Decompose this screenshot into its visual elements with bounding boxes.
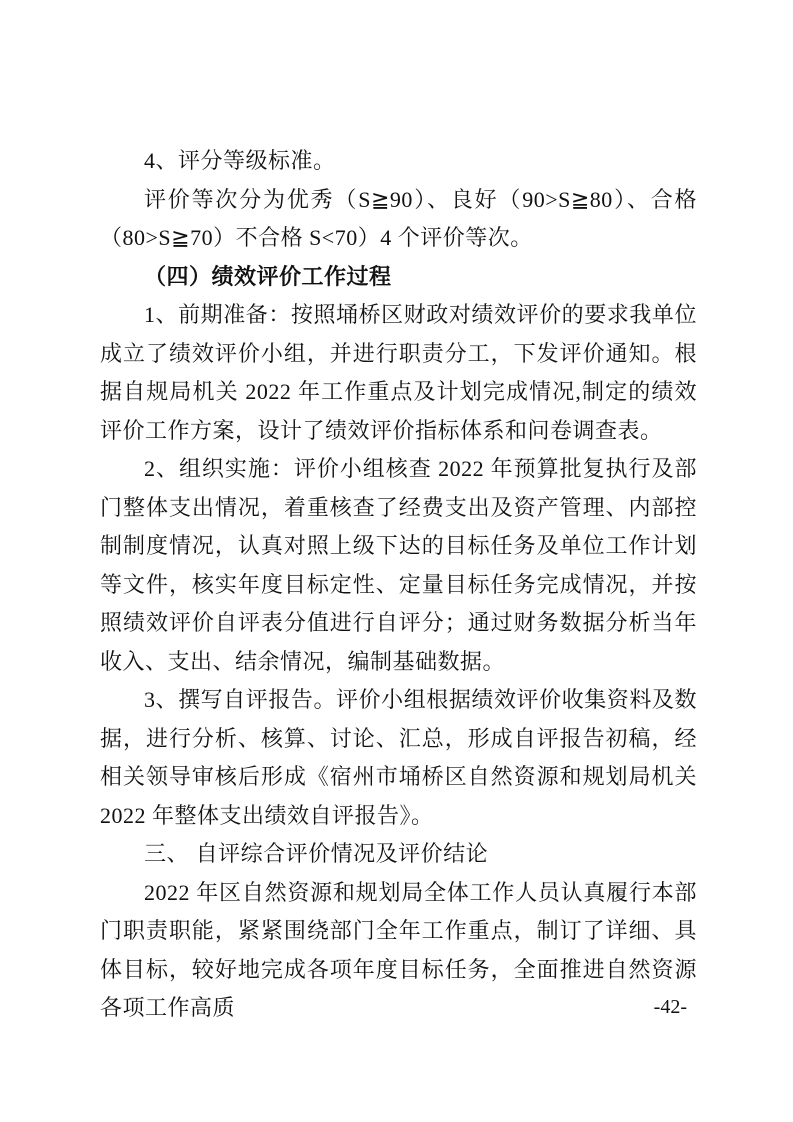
document-content: 4、评分等级标准。 评价等次分为优秀（S≧90）、良好（90>S≧80）、合格（…	[100, 142, 697, 1028]
para-step-3-self-evaluation-report: 3、撰写自评报告。评价小组根据绩效评价收集资料及数据，进行分析、核算、讨论、汇总…	[100, 681, 697, 835]
para-grading-levels: 评价等次分为优秀（S≧90）、良好（90>S≧80）、合格（80>S≧70）不合…	[100, 181, 697, 258]
para-conclusion-intro: 2022 年区自然资源和规划局全体工作人员认真履行本部门职责职能，紧紧围绕部门全…	[100, 874, 697, 1028]
heading-section-3-conclusion: 三、 自评综合评价情况及评价结论	[100, 835, 697, 874]
document-page: 4、评分等级标准。 评价等次分为优秀（S≧90）、良好（90>S≧80）、合格（…	[0, 0, 793, 1122]
para-grading-standard-title: 4、评分等级标准。	[100, 142, 697, 181]
page-number: -42-	[654, 994, 687, 1020]
heading-section-4-evaluation-process: （四）绩效评价工作过程	[100, 258, 697, 297]
para-step-1-preparation: 1、前期准备：按照埇桥区财政对绩效评价的要求我单位成立了绩效评价小组，并进行职责…	[100, 296, 697, 450]
para-step-2-implementation: 2、组织实施：评价小组核查 2022 年预算批复执行及部门整体支出情况，着重核查…	[100, 450, 697, 681]
